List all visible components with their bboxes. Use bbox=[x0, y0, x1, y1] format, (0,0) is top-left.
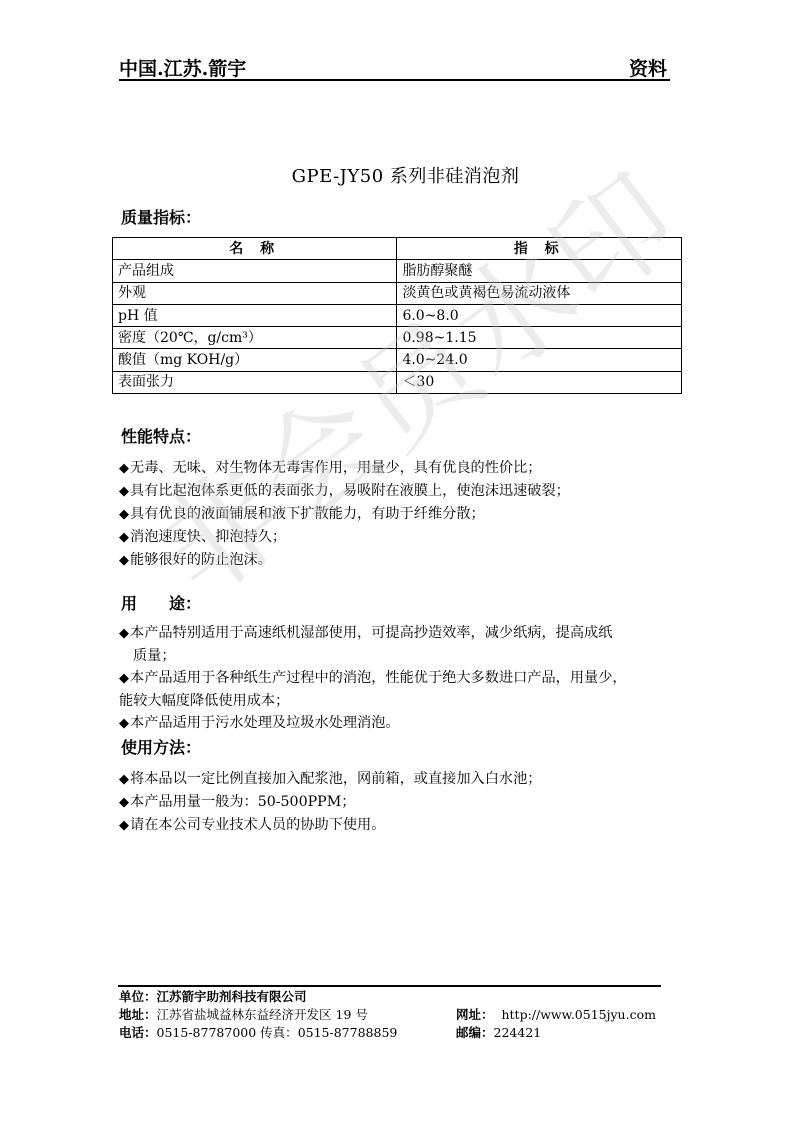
features-heading: 性能特点： bbox=[121, 427, 201, 447]
footer-website: 网址： http://www.0515jyu.com bbox=[456, 1007, 656, 1023]
list-item: ◆能够很好的防止泡沫。 bbox=[119, 549, 689, 572]
column-header-name: 名 称 bbox=[113, 238, 397, 260]
diamond-bullet-icon: ◆ bbox=[119, 772, 129, 787]
phone-value: 0515-87787000 bbox=[157, 1025, 257, 1040]
list-item-continuation: 能较大幅度降低使用成本； bbox=[119, 690, 689, 712]
table-row: 产品组成 脂肪醇聚醚 bbox=[113, 260, 682, 282]
website-label: 网址： bbox=[456, 1007, 494, 1022]
row-value: ＜30 bbox=[397, 371, 682, 393]
company-name: 江苏箭宇助剂科技有限公司 bbox=[157, 989, 307, 1004]
document-title: GPE-JY50 系列非硅消泡剂 bbox=[0, 166, 793, 188]
address-value: 江苏省盐城益林东益经济开发区 19 号 bbox=[157, 1007, 368, 1022]
list-item: ◆消泡速度快、抑泡持久； bbox=[119, 526, 689, 549]
footer-phone: 电话：0515-87787000 传真：0515-87788859 bbox=[119, 1025, 397, 1041]
diamond-bullet-icon: ◆ bbox=[119, 484, 129, 499]
row-label: 酸值（mg KOH/g） bbox=[113, 349, 397, 371]
list-item: ◆具有比起泡体系更低的表面张力，易吸附在液膜上，使泡沫迅速破裂； bbox=[119, 480, 689, 503]
diamond-bullet-icon: ◆ bbox=[119, 461, 129, 476]
table-row: 表面张力 ＜30 bbox=[113, 371, 682, 393]
table-row: 酸值（mg KOH/g） 4.0~24.0 bbox=[113, 349, 682, 371]
list-item: ◆本产品用量一般为：50-500PPM； bbox=[119, 791, 689, 814]
fax-value: 0515-87788859 bbox=[298, 1025, 398, 1040]
list-item: ◆请在本公司专业技术人员的协助下使用。 bbox=[119, 814, 689, 837]
diamond-bullet-icon: ◆ bbox=[119, 507, 129, 522]
list-item: ◆具有优良的液面铺展和液下扩散能力，有助于纤维分散； bbox=[119, 503, 689, 526]
postcode-value: 224421 bbox=[494, 1025, 542, 1040]
list-item: ◆本产品适用于污水处理及垃圾水处理消泡。 bbox=[119, 712, 689, 735]
header-doc-type: 资料 bbox=[629, 58, 667, 80]
row-label: 密度（20℃，g/cm³） bbox=[113, 327, 397, 349]
phone-label: 电话： bbox=[119, 1025, 157, 1040]
diamond-bullet-icon: ◆ bbox=[119, 553, 129, 568]
row-value: 6.0~8.0 bbox=[397, 304, 682, 326]
row-value: 0.98~1.15 bbox=[397, 327, 682, 349]
table-row: pH 值 6.0~8.0 bbox=[113, 304, 682, 326]
diamond-bullet-icon: ◆ bbox=[119, 530, 129, 545]
header-rule bbox=[119, 79, 670, 81]
row-value: 淡黄色或黄褐色易流动液体 bbox=[397, 282, 682, 304]
diamond-bullet-icon: ◆ bbox=[119, 795, 129, 810]
diamond-bullet-icon: ◆ bbox=[119, 818, 129, 833]
diamond-bullet-icon: ◆ bbox=[119, 626, 129, 641]
usage-heading: 使用方法： bbox=[121, 738, 201, 758]
company-label: 单位： bbox=[119, 989, 157, 1004]
list-item: ◆本产品特别适用于高速纸机湿部使用，可提高抄造效率，减少纸病，提高成纸 bbox=[119, 622, 689, 645]
diamond-bullet-icon: ◆ bbox=[119, 671, 129, 686]
row-label: 外观 bbox=[113, 282, 397, 304]
footer-company: 单位：江苏箭宇助剂科技有限公司 bbox=[119, 989, 307, 1005]
header-org: 中国.江苏.箭宇 bbox=[119, 58, 246, 80]
column-header-spec: 指 标 bbox=[397, 238, 682, 260]
website-link[interactable]: http://www.0515jyu.com bbox=[501, 1007, 655, 1022]
footer-rule bbox=[118, 985, 661, 987]
diamond-bullet-icon: ◆ bbox=[119, 716, 129, 731]
row-label: 产品组成 bbox=[113, 260, 397, 282]
footer-postcode: 邮编：224421 bbox=[456, 1025, 541, 1041]
list-item-continuation: 质量； bbox=[119, 645, 689, 667]
features-list: ◆无毒、无味、对生物体无毒害作用，用量少，具有优良的性价比； ◆具有比起泡体系更… bbox=[119, 457, 689, 572]
table-header-row: 名 称 指 标 bbox=[113, 238, 682, 260]
usage-list: ◆将本品以一定比例直接加入配浆池，网前箱，或直接加入白水池； ◆本产品用量一般为… bbox=[119, 768, 689, 837]
uses-list: ◆本产品特别适用于高速纸机湿部使用，可提高抄造效率，减少纸病，提高成纸 质量； … bbox=[119, 622, 689, 735]
table-row: 密度（20℃，g/cm³） 0.98~1.15 bbox=[113, 327, 682, 349]
uses-heading: 用 途： bbox=[121, 594, 201, 614]
quality-heading: 质量指标： bbox=[121, 208, 201, 228]
row-label: pH 值 bbox=[113, 304, 397, 326]
postcode-label: 邮编： bbox=[456, 1025, 494, 1040]
fax-label: 传真： bbox=[260, 1025, 298, 1040]
list-item: ◆无毒、无味、对生物体无毒害作用，用量少，具有优良的性价比； bbox=[119, 457, 689, 480]
row-label: 表面张力 bbox=[113, 371, 397, 393]
table-row: 外观 淡黄色或黄褐色易流动液体 bbox=[113, 282, 682, 304]
list-item: ◆本产品适用于各种纸生产过程中的消泡，性能优于绝大多数进口产品，用量少， bbox=[119, 667, 689, 690]
quality-spec-table: 名 称 指 标 产品组成 脂肪醇聚醚 外观 淡黄色或黄褐色易流动液体 pH 值 … bbox=[112, 237, 682, 394]
address-label: 地址： bbox=[119, 1007, 157, 1022]
list-item: ◆将本品以一定比例直接加入配浆池，网前箱，或直接加入白水池； bbox=[119, 768, 689, 791]
row-value: 4.0~24.0 bbox=[397, 349, 682, 371]
row-value: 脂肪醇聚醚 bbox=[397, 260, 682, 282]
footer-address: 地址：江苏省盐城益林东益经济开发区 19 号 bbox=[119, 1007, 368, 1023]
